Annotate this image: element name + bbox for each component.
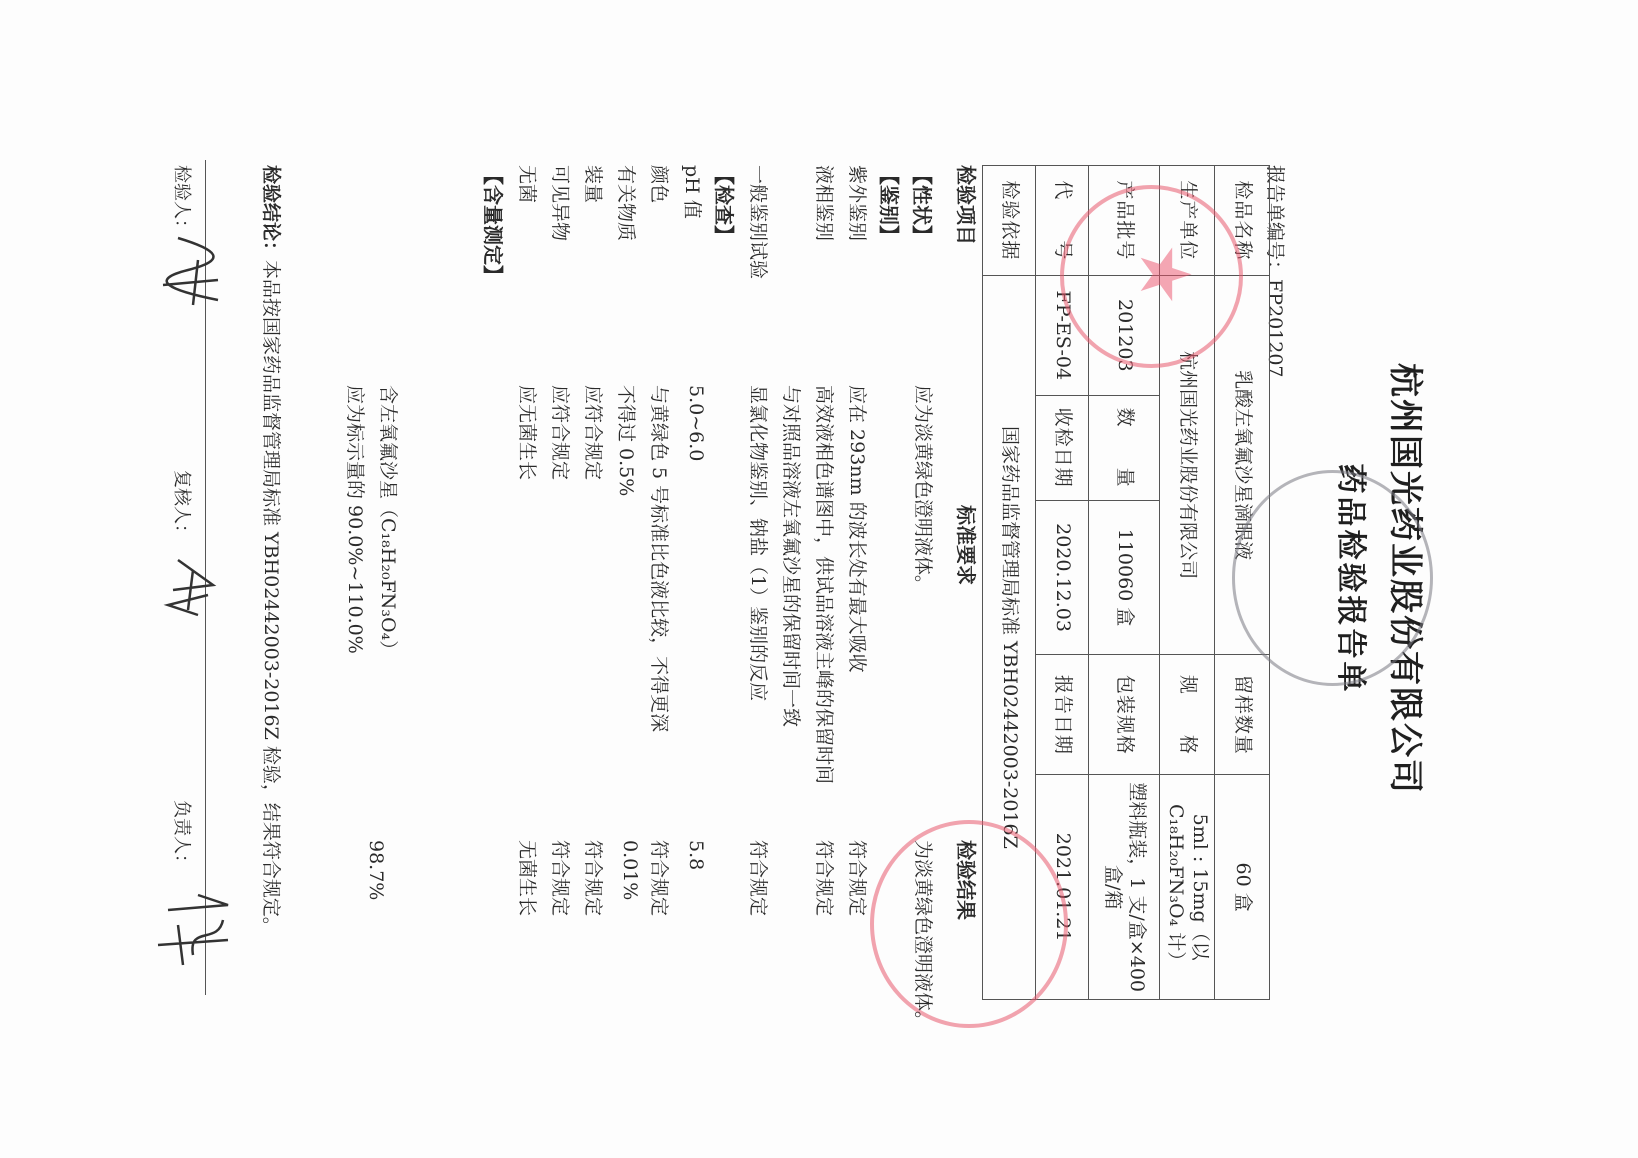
conclusion: 检验结论：本品按国家药品监督管理局标准 YBH02442003-2016Z 检验… [259, 165, 286, 936]
result-item-name: 一般鉴别试验 [746, 165, 773, 279]
inspector-label: 检验人： [170, 165, 196, 237]
section-title: 【检查】 [711, 165, 740, 245]
result-standard: 不得过 0.5% [614, 385, 641, 496]
result-value: 无菌生长 [515, 840, 542, 916]
quantity-value: 110060 盒 [1089, 500, 1160, 655]
result-standard: 与对照品溶液左氧氟沙星的保留时间一致 [779, 385, 806, 727]
result-item-name: 装量 [581, 165, 608, 203]
result-item-name: 紫外鉴别 [845, 165, 872, 241]
result-value: 为淡黄绿色澄明液体。 [911, 840, 938, 1030]
report-date-value: 2021.01.21 [1036, 775, 1089, 1000]
result-value: 5.8 [685, 840, 707, 870]
received-date-label: 收检日期 [1036, 395, 1089, 500]
result-standard: 含左氧氟沙星（C₁₈H₂₀FN₃O₄） [376, 385, 403, 659]
basis-value: 国家药品监督管理局标准 YBH02442003-2016Z [983, 275, 1036, 999]
company-title: 杭州国光药业股份有限公司 [1384, 0, 1433, 1158]
result-value: 0.01% [619, 840, 641, 900]
report-date-label: 报告日期 [1036, 655, 1089, 775]
spec-label: 规 格 [1160, 655, 1215, 775]
result-value: 符合规定 [581, 840, 608, 916]
result-value: 符合规定 [746, 840, 773, 916]
conclusion-text: 本品按国家药品监督管理局标准 YBH02442003-2016Z 检验，结果符合… [260, 260, 282, 936]
quantity-label: 数 量 [1089, 395, 1160, 500]
result-standard: 应为标示量的 90.0%~110.0% [343, 385, 370, 654]
result-item-name: 无菌 [515, 165, 542, 203]
table-row: 检品名称 乳酸左氧氟沙星滴眼液 留样数量 60 盒 [1215, 166, 1270, 1000]
result-standard: 显氯化物鉴别、钠盐（1）鉴别的反应 [746, 385, 773, 701]
result-value: 98.7% [365, 840, 387, 900]
product-name-label: 检品名称 [1215, 166, 1270, 276]
col-header-result: 检验结果 [953, 840, 982, 920]
result-standard: 应符合规定 [581, 385, 608, 480]
result-item-name: 可见异物 [548, 165, 575, 241]
result-standard: 应符合规定 [548, 385, 575, 480]
supervisor-signature [153, 885, 238, 975]
result-standard: 5.0~6.0 [685, 385, 707, 461]
section-title: 【含量测定】 [480, 165, 509, 285]
section-title: 【性状】 [909, 165, 938, 245]
inspector-signature [158, 230, 238, 320]
result-value: 符合规定 [812, 840, 839, 916]
result-standard: 与黄绿色 5 号标准比色液比较，不得更深 [647, 385, 674, 732]
result-value: 符合规定 [548, 840, 575, 916]
star-icon: ★ [1130, 243, 1200, 306]
spec-value: 5ml : 15mg（以 C₁₈H₂₀FN₃O₄ 计） [1160, 775, 1215, 1000]
retained-qty-label: 留样数量 [1215, 655, 1270, 775]
document-title: 药品检验报告单 [1332, 0, 1376, 1158]
packaging-value: 塑料瓶装，1 支/盒×400 盒/箱 [1089, 775, 1160, 1000]
manufacturer-value: 杭州国光药业股份有限公司 [1160, 275, 1215, 655]
received-date-value: 2020.12.03 [1036, 500, 1089, 655]
result-value: 符合规定 [845, 840, 872, 916]
product-name-value: 乳酸左氧氟沙星滴眼液 [1215, 275, 1270, 655]
reviewer-label: 复核人： [170, 470, 196, 542]
result-item-name: 有关物质 [614, 165, 641, 241]
result-item-name: pH 值 [680, 165, 707, 219]
basis-label: 检验依据 [983, 166, 1036, 276]
conclusion-label: 检验结论： [260, 165, 282, 260]
retained-qty-value: 60 盒 [1215, 775, 1270, 1000]
reviewer-signature [158, 550, 228, 620]
code-value: FP-ES-04 [1036, 275, 1089, 395]
result-standard: 应在 293nm 的波长处有最大吸收 [845, 385, 872, 673]
result-value: 符合规定 [647, 840, 674, 916]
result-item-name: 颜色 [647, 165, 674, 203]
col-header-item: 检验项目 [953, 165, 982, 245]
table-row: 代 号 FP-ES-04 收检日期 2020.12.03 报告日期 2021.0… [1036, 166, 1089, 1000]
result-item-name: 液相鉴别 [812, 165, 839, 241]
table-row: 检验依据 国家药品监督管理局标准 YBH02442003-2016Z [983, 166, 1036, 1000]
result-standard: 应为淡黄绿色澄明液体。 [911, 385, 938, 594]
inspection-report-page: 杭州国光药业股份有限公司 药品检验报告单 报告单编号：FP201207 检品名称… [0, 0, 1638, 1158]
result-standard: 应无菌生长 [515, 385, 542, 480]
result-standard: 高效液相色谱图中，供试品溶液主峰的保留时间 [812, 385, 839, 784]
code-label: 代 号 [1036, 166, 1089, 276]
supervisor-label: 负责人： [170, 800, 196, 872]
packaging-label: 包装规格 [1089, 655, 1160, 775]
col-header-standard: 标准要求 [953, 505, 982, 585]
section-title: 【鉴别】 [876, 165, 905, 245]
